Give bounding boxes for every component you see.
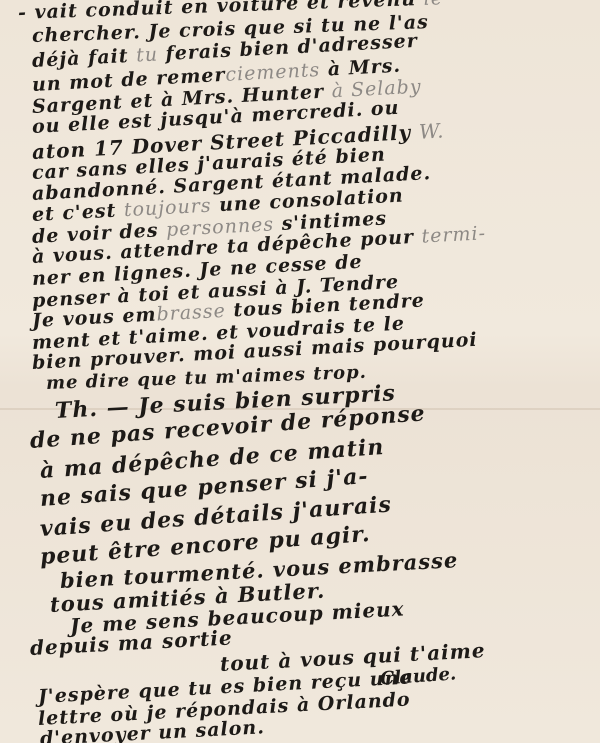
page-bottom-edge [0,743,600,750]
